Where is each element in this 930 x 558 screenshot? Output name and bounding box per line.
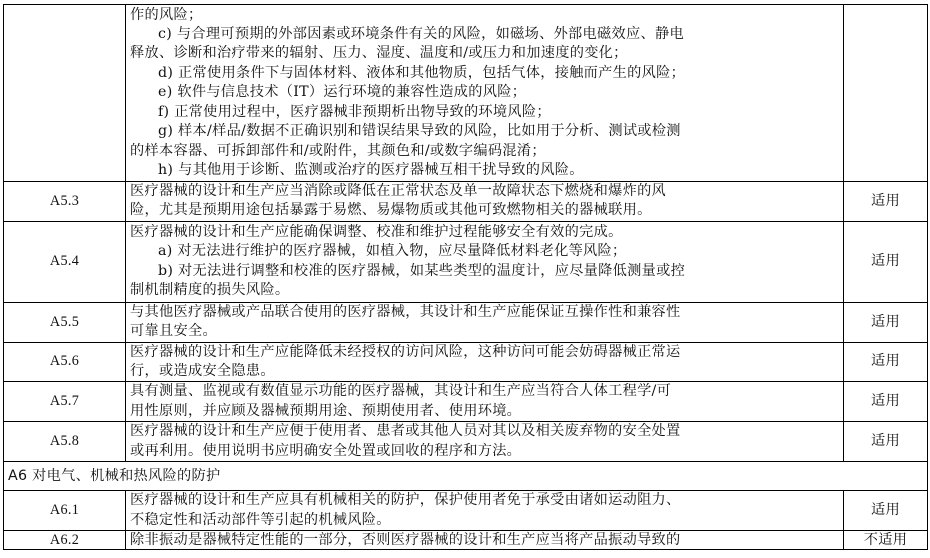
section-header-row: A6 对电气、机械和热风险的防护 xyxy=(4,462,928,491)
text-line: 与其他医疗器械或产品联合使用的医疗器械，其设计和生产应能保证互操作性和兼容性 xyxy=(130,303,839,322)
text-line: e) 软件与信息技术（IT）运行环境的兼容性造成的风险； xyxy=(130,83,839,102)
table-row: A6.2 除非振动是器械特定性能的一部分，否则医疗器械的设计和生产应当将产品振动… xyxy=(4,531,928,550)
text-line: 医疗器械的设计和生产应能确保调整、校准和维护过程能够安全有效的完成。 xyxy=(130,223,839,242)
requirement-text-cell: 医疗器械的设计和生产应便于使用者、患者或其他人员对其以及相关废弃物的安全处置 或… xyxy=(126,422,844,462)
clause-id-cell: A6.2 xyxy=(4,531,126,550)
applicability-cell: 不适用 xyxy=(844,531,928,550)
text-line: 作的风险； xyxy=(130,6,839,25)
text-line: 医疗器械的设计和生产应便于使用者、患者或其他人员对其以及相关废弃物的安全处置 xyxy=(130,422,839,441)
text-line: 医疗器械的设计和生产应当消除或降低在正常状态及单一故障状态下燃烧和爆炸的风 xyxy=(130,182,839,201)
text-line: 除非振动是器械特定性能的一部分，否则医疗器械的设计和生产应当将产品振动导致的 xyxy=(130,531,839,549)
requirement-text-cell: 医疗器械的设计和生产应当消除或降低在正常状态及单一故障状态下燃烧和爆炸的风 险，… xyxy=(126,182,844,222)
requirement-text-cell: 除非振动是器械特定性能的一部分，否则医疗器械的设计和生产应当将产品振动导致的 xyxy=(126,531,844,550)
text-line: d) 正常使用条件下与固体材料、液体和其他物质，包括气体，接触而产生的风险； xyxy=(130,64,839,83)
applicability-cell: 适用 xyxy=(844,382,928,422)
table-row: A5.3 医疗器械的设计和生产应当消除或降低在正常状态及单一故障状态下燃烧和爆炸… xyxy=(4,182,928,222)
clause-id-cell xyxy=(4,5,126,182)
applicability-cell: 适用 xyxy=(844,342,928,382)
text-line: 医疗器械的设计和生产应能降低未经授权的访问风险，这种访问可能会妨碍器械正常运 xyxy=(130,343,839,362)
requirement-text-cell: 医疗器械的设计和生产应具有机械相关的防护，保护使用者免于承受由诸如运动阻力、 不… xyxy=(126,491,844,531)
requirement-text-cell: 与其他医疗器械或产品联合使用的医疗器械，其设计和生产应能保证互操作性和兼容性 可… xyxy=(126,302,844,342)
requirement-text-cell: 医疗器械的设计和生产应能降低未经授权的访问风险，这种访问可能会妨碍器械正常运 行… xyxy=(126,342,844,382)
requirement-text-cell: 作的风险； c) 与合理可预期的外部因素或环境条件有关的风险，如磁场、外部电磁效… xyxy=(126,5,844,182)
text-line: b) 对无法进行调整和校准的医疗器械，如某些类型的温度计，应尽量降低测量或控 xyxy=(130,262,839,281)
table-row: A5.4 医疗器械的设计和生产应能确保调整、校准和维护过程能够安全有效的完成。 … xyxy=(4,221,928,302)
requirement-text-cell: 具有测量、监视或有数值显示功能的医疗器械，其设计和生产应当符合人体工程学/可 用… xyxy=(126,382,844,422)
text-line: 释放、诊断和治疗带来的辐射、压力、湿度、温度和/或压力和加速度的变化； xyxy=(130,44,839,63)
text-line: c) 与合理可预期的外部因素或环境条件有关的风险，如磁场、外部电磁效应、静电 xyxy=(130,25,839,44)
clause-id-cell: A5.7 xyxy=(4,382,126,422)
clause-id-cell: A6.1 xyxy=(4,491,126,531)
requirements-table: 作的风险； c) 与合理可预期的外部因素或环境条件有关的风险，如磁场、外部电磁效… xyxy=(3,4,928,550)
applicability-cell: 适用 xyxy=(844,221,928,302)
text-line: 用性原则，并应顾及器械预期用途、预期使用者、使用环境。 xyxy=(130,402,839,421)
text-line: 或再利用。使用说明书应明确安全处置或回收的程序和方法。 xyxy=(130,442,839,461)
applicability-cell: 适用 xyxy=(844,182,928,222)
clause-id-cell: A5.3 xyxy=(4,182,126,222)
text-line: 险，尤其是预期用途包括暴露于易燃、易爆物质或其他可致燃物相关的器械联用。 xyxy=(130,201,839,220)
table-row-continuation: 作的风险； c) 与合理可预期的外部因素或环境条件有关的风险，如磁场、外部电磁效… xyxy=(4,5,928,182)
table-row: A5.6 医疗器械的设计和生产应能降低未经授权的访问风险，这种访问可能会妨碍器械… xyxy=(4,342,928,382)
text-line: 可靠且安全。 xyxy=(130,322,839,341)
clause-id-cell: A5.6 xyxy=(4,342,126,382)
text-line: 制机制精度的损失风险。 xyxy=(130,281,839,300)
table-row: A5.8 医疗器械的设计和生产应便于使用者、患者或其他人员对其以及相关废弃物的安… xyxy=(4,422,928,462)
applicability-cell xyxy=(844,5,928,182)
clause-id-cell: A5.8 xyxy=(4,422,126,462)
text-line: g) 样本/样品/数据不正确识别和错误结果导致的风险，比如用于分析、测试或检测 xyxy=(130,122,839,141)
applicability-cell: 适用 xyxy=(844,422,928,462)
text-line: 医疗器械的设计和生产应具有机械相关的防护，保护使用者免于承受由诸如运动阻力、 xyxy=(130,491,839,510)
applicability-cell: 适用 xyxy=(844,491,928,531)
text-line: 行，或造成安全隐患。 xyxy=(130,362,839,381)
document-page: 作的风险； c) 与合理可预期的外部因素或环境条件有关的风险，如磁场、外部电磁效… xyxy=(3,4,927,550)
clause-id-cell: A5.4 xyxy=(4,221,126,302)
text-line: h) 与其他用于诊断、监测或治疗的医疗器械互相干扰导致的风险。 xyxy=(130,161,839,180)
table-row: A5.5 与其他医疗器械或产品联合使用的医疗器械，其设计和生产应能保证互操作性和… xyxy=(4,302,928,342)
table-row: A6.1 医疗器械的设计和生产应具有机械相关的防护，保护使用者免于承受由诸如运动… xyxy=(4,491,928,531)
text-line: f) 正常使用过程中，医疗器械非预期析出物导致的环境风险； xyxy=(130,103,839,122)
table-row: A5.7 具有测量、监视或有数值显示功能的医疗器械，其设计和生产应当符合人体工程… xyxy=(4,382,928,422)
requirement-text-cell: 医疗器械的设计和生产应能确保调整、校准和维护过程能够安全有效的完成。 a) 对无… xyxy=(126,221,844,302)
text-line: 的样本容器、可拆卸部件和/或附件，其颜色和/或数字编码混淆； xyxy=(130,142,839,161)
section-title: A6 对电气、机械和热风险的防护 xyxy=(4,462,928,491)
text-line: a) 对无法进行维护的医疗器械，如植入物，应尽量降低材料老化等风险； xyxy=(130,242,839,261)
clause-id-cell: A5.5 xyxy=(4,302,126,342)
text-line: 具有测量、监视或有数值显示功能的医疗器械，其设计和生产应当符合人体工程学/可 xyxy=(130,382,839,401)
text-line: 不稳定性和活动部件等引起的机械风险。 xyxy=(130,511,839,530)
applicability-cell: 适用 xyxy=(844,302,928,342)
